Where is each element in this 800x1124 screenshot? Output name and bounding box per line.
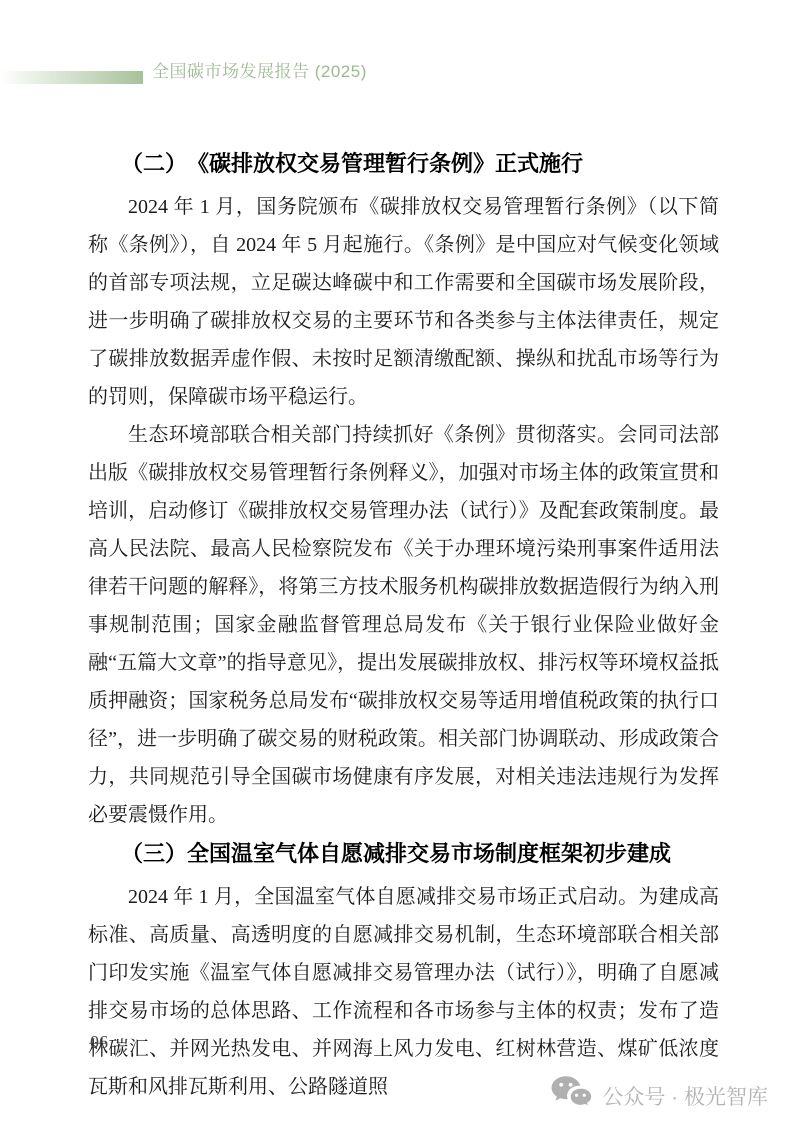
report-header-title: 全国碳市场发展报告 (2025) [152, 62, 367, 82]
section-heading-2: （二） 《碳排放权交易管理暂行条例》正式施行 [88, 144, 719, 184]
page-body: （二） 《碳排放权交易管理暂行条例》正式施行 2024 年 1 月，国务院颁布《… [88, 144, 719, 1106]
watermark: 公众号 · 极光智库 [550, 1074, 768, 1121]
page-number: 06 [90, 1031, 108, 1053]
section-heading-3: （三）全国温室气体自愿减排交易市场制度框架初步建成 [88, 834, 719, 874]
watermark-text: 公众号 · 极光智库 [602, 1081, 768, 1115]
section-2-paragraph-1: 2024 年 1 月，国务院颁布《碳排放权交易管理暂行条例》（以下简称《条例》）… [88, 188, 719, 416]
report-page: 全国碳市场发展报告 (2025) （二） 《碳排放权交易管理暂行条例》正式施行 … [0, 0, 800, 1124]
section-3-paragraph-1: 2024 年 1 月，全国温室气体自愿减排交易市场正式启动。为建成高标准、高质量… [88, 878, 719, 1106]
wechat-icon [550, 1074, 592, 1121]
header-gradient-bar [0, 71, 143, 84]
section-2-paragraph-2: 生态环境部联合相关部门持续抓好《条例》贯彻落实。会同司法部出版《碳排放权交易管理… [88, 416, 719, 834]
